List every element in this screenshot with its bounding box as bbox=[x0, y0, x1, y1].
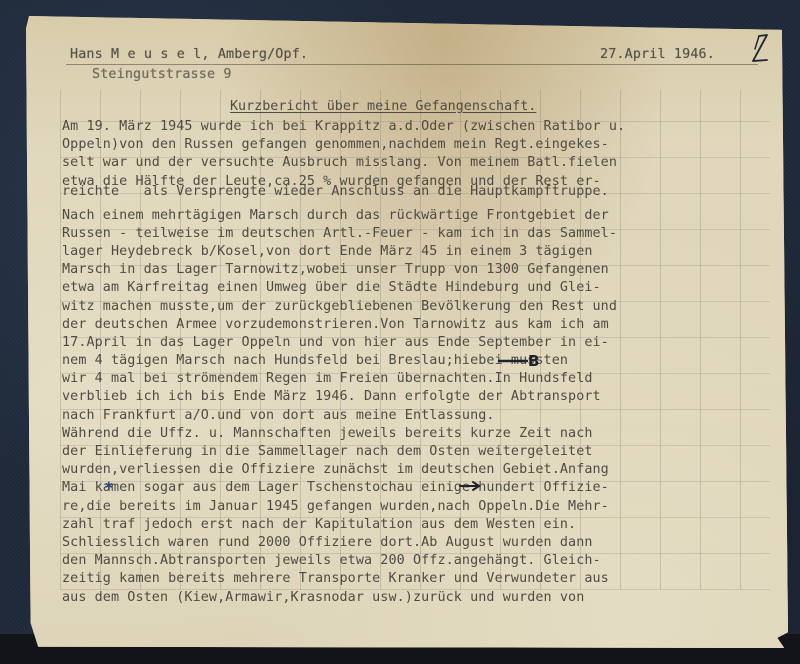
text-line: 17.April in das Lager Oppeln und von hie… bbox=[62, 334, 782, 352]
sender-name-city: Hans M e u s e l, Amberg/Opf. bbox=[70, 47, 308, 62]
text-line: Am 19. März 1945 wurde ich bei Krappitz … bbox=[62, 118, 782, 136]
handwritten-arrow-icon bbox=[458, 480, 484, 492]
text-line: der Einlieferung in die Sammellager nach… bbox=[62, 443, 782, 461]
text-line: den Mannsch.Abtransporten jeweils etwa 2… bbox=[62, 552, 782, 570]
document-date: 27.April 1946. bbox=[600, 47, 715, 62]
text-line: nem 4 tägigen Marsch nach Hundsfeld bei … bbox=[62, 352, 782, 370]
header-underline bbox=[66, 64, 758, 65]
text-line: Marsch in das Lager Tarnowitz,wobei unse… bbox=[62, 261, 782, 279]
text-line: witz machen musste,um der zurückgebliebe… bbox=[62, 298, 782, 316]
text-line: zeitig kamen bereits mehrere Transporte … bbox=[62, 570, 782, 588]
text-line: etwa am Karfreitag einen Umweg über die … bbox=[62, 279, 782, 297]
text-line: selt war und der versuchte Ausbruch miss… bbox=[62, 154, 782, 172]
report-body: Am 19. März 1945 wurde ich bei Krappitz … bbox=[62, 118, 782, 607]
text-line: Mai kamen sogar aus dem Lager Tschenstoc… bbox=[62, 479, 782, 497]
text-line: Schliesslich waren rund 2000 Offiziere d… bbox=[62, 534, 782, 552]
text-line: Oppeln)von den Russen gefangen genommen,… bbox=[62, 136, 782, 154]
text-line: zahl traf jedoch erst nach der Kapitulat… bbox=[62, 516, 782, 534]
text-line: etwa die Hälfte der Leute,ca.25 % wurden… bbox=[62, 173, 782, 185]
text-line: verblieb ich ich bis Ende März 1946. Dan… bbox=[62, 388, 782, 406]
text-line: wurden,verliessen die Offiziere zunächst… bbox=[62, 461, 782, 479]
text-line: lager Heydebreck b/Kosel,von dort Ende M… bbox=[62, 243, 782, 261]
handwritten-arrow-b-icon: B bbox=[497, 350, 547, 370]
star-annotation-icon: ✱ bbox=[105, 478, 113, 493]
text-line: aus dem Osten (Kiew,Armawir,Krasnodar us… bbox=[62, 589, 782, 607]
text-line: reichte als Versprengte wieder Anschluss… bbox=[62, 185, 782, 207]
sender-street: Steingutstrasse 9 bbox=[92, 67, 232, 82]
text-line: der deutschen Armee vorzudemonstrieren.V… bbox=[62, 316, 782, 334]
handwritten-page-number-icon bbox=[745, 33, 771, 69]
text-line: wir 4 mal bei strömendem Regen im Freien… bbox=[62, 370, 782, 388]
document-title: Kurzbericht über meine Gefangenschaft. bbox=[230, 99, 536, 114]
text-line: Nach einem mehrtägigen Marsch durch das … bbox=[62, 207, 782, 225]
text-line: Russen - teilweise im deutschen Artl.-Fe… bbox=[62, 225, 782, 243]
text-line: nach Frankfurt a/O.und von dort aus mein… bbox=[62, 407, 782, 425]
text-line: Während die Uffz. u. Mannschaften jeweil… bbox=[62, 425, 782, 443]
text-line: re,die bereits im Januar 1945 gefangen w… bbox=[62, 498, 782, 516]
svg-text:B: B bbox=[528, 352, 539, 370]
